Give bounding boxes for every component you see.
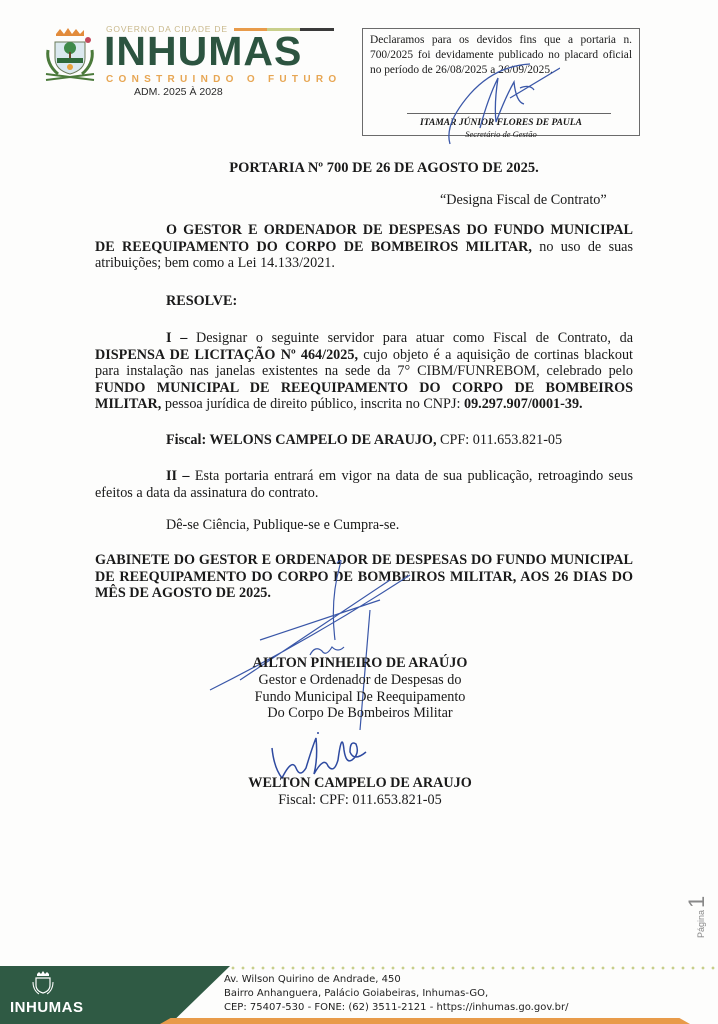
footer-address: Av. Wilson Quirino de Andrade, 450 Bairr… [224, 973, 568, 1015]
page-label: Página [696, 910, 706, 938]
fiscal-name: Fiscal: WELONS CAMPELO DE ARAUJO, [166, 432, 437, 448]
article-1-entity-text: pessoa jurídica de direito público, insc… [161, 396, 464, 412]
manager-name: AILTON PINHEIRO DE ARAÚJO [200, 655, 520, 672]
city-coat-of-arms-icon [38, 24, 102, 88]
resolve-heading: RESOLVE: [166, 293, 237, 310]
address-line: Av. Wilson Quirino de Andrade, 450 [224, 973, 568, 987]
manager-role-line: Do Corpo De Bombeiros Militar [200, 705, 520, 722]
city-name: INHUMAS [104, 31, 302, 72]
document-title: PORTARIA Nº 700 DE 26 DE AGOSTO DE 2025. [0, 160, 718, 177]
administration-period: ADM. 2025 À 2028 [134, 86, 223, 98]
manager-role-line: Fundo Municipal De Reequipamento [200, 689, 520, 706]
fiscal-signer-name: WELTON CAMPELO DE ARAUJO [200, 775, 520, 792]
fiscal-cpf: CPF: 011.653.821-05 [437, 432, 563, 448]
article-1-text: Designar o seguinte servidor para atuar … [187, 330, 633, 346]
document-subject: “Designa Fiscal de Contrato” [440, 192, 607, 209]
preamble-paragraph: O GESTOR E ORDENADOR DE DESPESAS DO FUND… [95, 222, 633, 272]
footer-orange-rule [160, 1018, 690, 1024]
manager-signature-block: AILTON PINHEIRO DE ARAÚJO Gestor e Orden… [200, 655, 520, 722]
publish-clause: Dê-se Ciência, Publique-se e Cumpra-se. [166, 517, 399, 534]
stamp-declaration: Declaramos para os devidos fins que a po… [370, 33, 632, 78]
footer-coat-of-arms-icon [30, 970, 56, 996]
dispensa-reference: DISPENSA DE LICITAÇÃO Nº 464/2025, [95, 347, 358, 363]
article-1-paragraph: I – Designar o seguinte servidor para at… [95, 330, 633, 413]
page-number: Página1 [676, 880, 716, 940]
manager-role-line: Gestor e Ordenador de Despesas do [200, 672, 520, 689]
stamp-signer-role: Secretário de Gestão [363, 127, 639, 142]
address-line: Bairro Anhanguera, Palácio Goiabeiras, I… [224, 987, 568, 1001]
cnpj-value: 09.297.907/0001-39. [464, 396, 583, 412]
fiscal-signer-cpf: Fiscal: CPF: 011.653.821-05 [200, 792, 520, 809]
address-contact-line: CEP: 75407-530 - FONE: (62) 3511-2121 - … [224, 1001, 568, 1015]
closing-paragraph: GABINETE DO GESTOR E ORDENADOR DE DESPES… [95, 552, 633, 602]
slogan: CONSTRUINDO O FUTURO [106, 74, 341, 85]
footer-city-name: INHUMAS [10, 999, 84, 1016]
fiscal-signature-block: WELTON CAMPELO DE ARAUJO Fiscal: CPF: 01… [200, 775, 520, 809]
signature-line [407, 113, 611, 114]
footer: INHUMAS Av. Wilson Quirino de Andrade, 4… [0, 960, 718, 1024]
footer-dotted-rule [228, 966, 718, 970]
article-2-numeral: II – [166, 468, 189, 484]
article-2-paragraph: II – Esta portaria entrará em vigor na d… [95, 468, 633, 501]
article-1-numeral: I – [166, 330, 187, 346]
fiscal-designation: Fiscal: WELONS CAMPELO DE ARAUJO, CPF: 0… [166, 432, 562, 449]
publication-stamp: Declaramos para os devidos fins que a po… [362, 28, 640, 136]
page-value: 1 [684, 896, 709, 908]
